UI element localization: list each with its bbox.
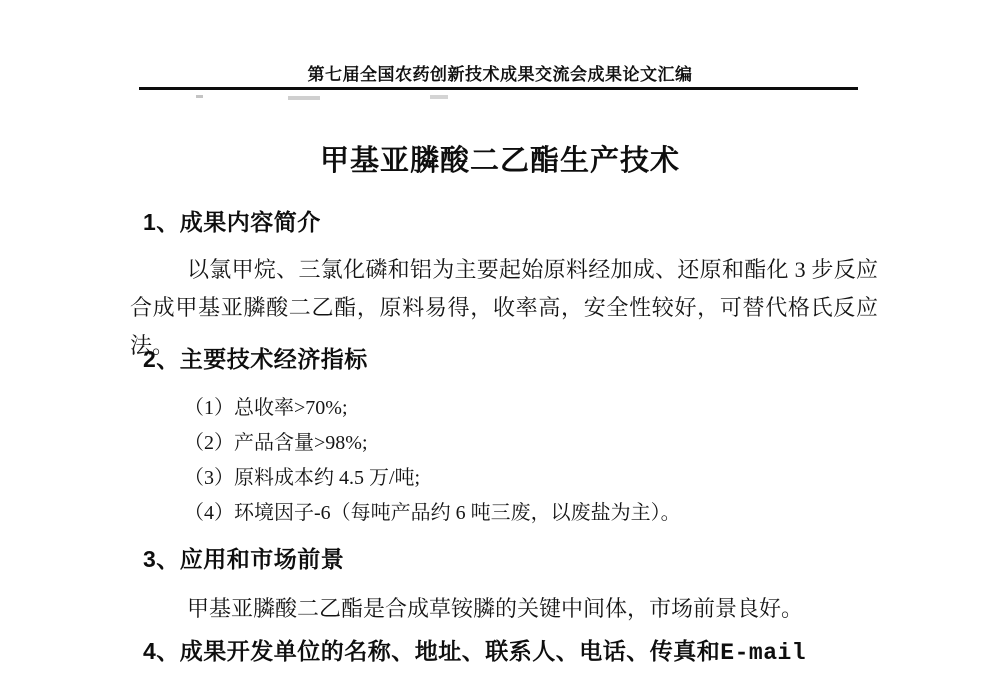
indicator-raw-material-cost: （3）原料成本约 4.5 万/吨; (184, 461, 681, 496)
indicator-total-yield: （1）总收率>70%; (184, 391, 681, 426)
section-1-heading: 1、成果内容简介 (143, 204, 321, 237)
scan-artifact (196, 95, 203, 98)
section-4-heading-text: 4、成果开发单位的名称、地址、联系人、电话、传真和 (143, 638, 720, 664)
scan-artifact (430, 95, 448, 99)
page-header: 第七届全国农药创新技术成果交流会成果论文汇编 (0, 60, 1000, 85)
section-4-heading-email: E-mail (720, 640, 806, 666)
section-3-paragraph: 甲基亚膦酸二乙酯是合成草铵膦的关键中间体，市场前景良好。 (130, 590, 878, 628)
document-title: 甲基亚膦酸二乙酯生产技术 (0, 138, 1000, 179)
indicator-environment-factor: （4）环境因子-6（每吨产品约 6 吨三废，以废盐为主）。 (184, 496, 681, 531)
section-3-heading: 3、应用和市场前景 (143, 541, 344, 574)
header-rule (139, 87, 858, 90)
scan-artifact (288, 96, 320, 100)
section-2-heading: 2、主要技术经济指标 (143, 341, 368, 374)
tech-indicator-list: （1）总收率>70%; （2）产品含量>98%; （3）原料成本约 4.5 万/… (184, 391, 681, 531)
section-4-heading: 4、成果开发单位的名称、地址、联系人、电话、传真和E-mail (143, 633, 806, 666)
indicator-product-content: （2）产品含量>98%; (184, 426, 681, 461)
document-page: 第七届全国农药创新技术成果交流会成果论文汇编 甲基亚膦酸二乙酯生产技术 1、成果… (0, 0, 1000, 684)
